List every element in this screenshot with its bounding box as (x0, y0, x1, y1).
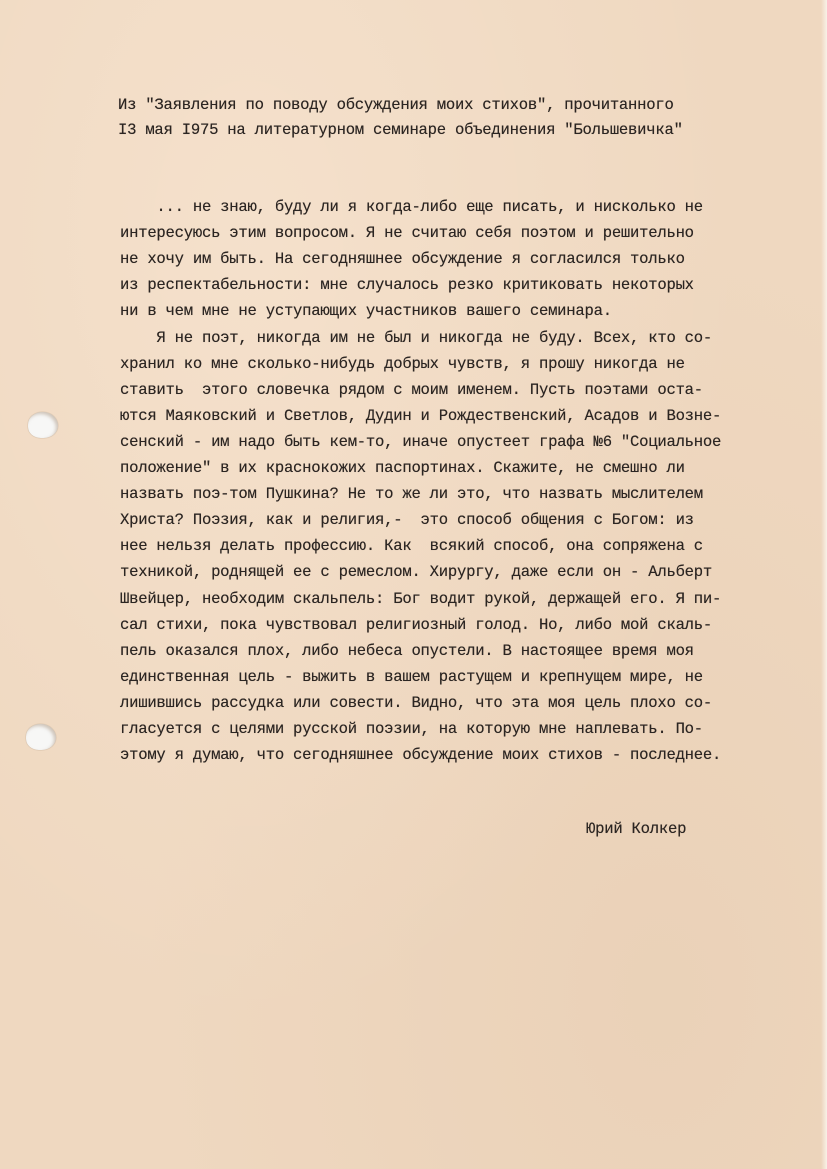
body-line: ются Маяковский и Светлов, Дудин и Рожде… (120, 407, 721, 425)
body-line: нее нельзя делать профессию. Как всякий … (120, 537, 703, 555)
body-line: хранил ко мне сколько-нибудь добрых чувс… (120, 355, 685, 373)
body-line: Швейцер, необходим скальпель: Бог водит … (120, 590, 721, 608)
body-line: гласуется с целями русской поэзии, на ко… (120, 720, 703, 738)
body-line: ... не знаю, буду ли я когда-либо еще пи… (120, 198, 703, 216)
body-line: Христа? Поэзия, как и религия,- это спос… (120, 511, 694, 529)
heading-line: I3 мая I975 на литературном семинаре объ… (118, 121, 683, 139)
punch-hole-bottom (26, 724, 56, 750)
body-line: из респектабельности: мне случалось резк… (120, 276, 694, 294)
signature: Юрий Колкер (586, 820, 686, 838)
body-line: не хочу им быть. На сегодняшнее обсужден… (120, 250, 685, 268)
body-line: этому я думаю, что сегодняшнее обсуждени… (120, 746, 721, 764)
body-line: ставить этого словечка рядом с моим имен… (120, 381, 703, 399)
body-line: ни в чем мне не уступающих участников ва… (120, 302, 612, 320)
heading-line: Из "Заявления по поводу обсуждения моих … (118, 96, 674, 114)
body-line: положение" в их краснокожих паспортинах.… (120, 459, 685, 477)
body-line: пель оказался плох, либо небеса опустели… (120, 642, 694, 660)
body-line: сенский - им надо быть кем-то, иначе опу… (120, 433, 721, 451)
punch-hole-top (28, 412, 58, 438)
body-line: интересуюсь этим вопросом. Я не считаю с… (120, 224, 694, 242)
page-edge (821, 0, 827, 1169)
body-line: сал стихи, пока чувствовал религиозный г… (120, 616, 712, 634)
body-line: техникой, роднящей ее с ремеслом. Хирург… (120, 563, 712, 581)
body-line: лишившись рассудка или совести. Видно, ч… (120, 694, 712, 712)
body-line: Я не поэт, никогда им не был и никогда н… (120, 329, 712, 347)
body-line: назвать поэ-том Пушкина? Не то же ли это… (120, 485, 703, 503)
body-line: единственная цель - выжить в вашем расту… (120, 668, 703, 686)
